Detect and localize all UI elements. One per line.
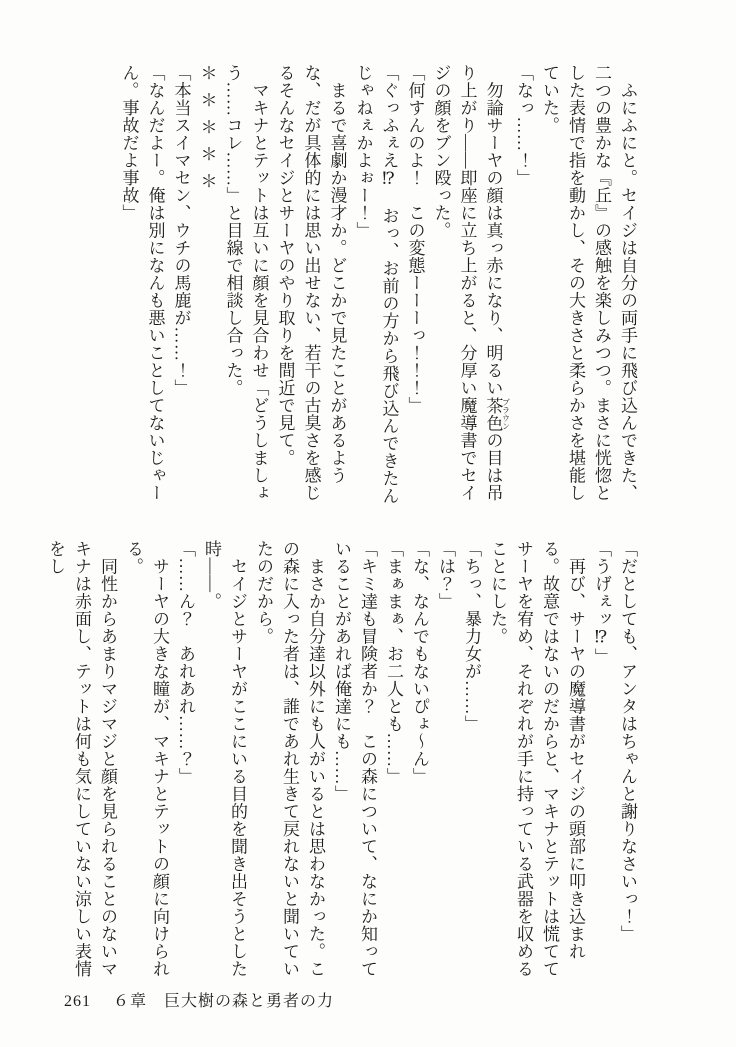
ruby-before-text: 勿論サーヤの顔は真っ赤になり、明るい	[484, 64, 503, 397]
dialogue-line: 「何すんのよ！ この変態ーーーっ！！！」	[402, 64, 428, 516]
page-number: 261	[64, 993, 91, 1010]
book-page: ふにふにと。セイジは自分の両手に飛び込んできた、二つの豊かな『丘』の感触を楽しみ…	[0, 0, 736, 1047]
dialogue-line: 「は？」	[432, 540, 458, 992]
narration-line: まさか自分達以外にも人がいるとは思わなかった。この森に入った者は、誰であれ生きて…	[250, 540, 328, 992]
dialogue-line: 「まぁまぁ、お二人とも……」	[380, 540, 406, 992]
dialogue-line: 「な、なんでもないぴょ～ん」	[406, 540, 432, 992]
dialogue-line: 「ちっ、暴力女が……」	[458, 540, 484, 992]
scene-break-separator: ＊＊＊＊＊	[194, 64, 220, 516]
page-footer: 261６章 巨大樹の森と勇者の力	[64, 988, 334, 1011]
narration-line: 同性からあまりマジマジと顔を見られることのないマキナは赤面し、テットは何も気にし…	[42, 540, 120, 992]
dialogue-line: 「キミ達も冒険者か？ この森について、なにか知っていることがあれば俺達にも……」	[328, 540, 380, 992]
ruby-brown-annotation: 茶色ブラウン	[484, 397, 503, 432]
dialogue-line: 「……ん？ あれあれ……？」	[172, 540, 198, 992]
ruby-base-text: 茶色	[484, 397, 503, 432]
narration-line: サーヤの大きな瞳が、マキナとテットの顔に向けられる。	[120, 540, 172, 992]
ruby-furigana-text: ブラウン	[502, 397, 511, 432]
narration-line: マキナとテットは互いに顔を見合わせ「どうしましょう……コレ……」と目線で相談し合…	[220, 64, 272, 516]
dialogue-line: 「本当スイマセン、ウチの馬鹿が……！」	[168, 64, 194, 516]
narration-line: 再び、サーヤの魔導書がセイジの頭部に叩き込まれる。故意ではないのだからと、マキナ…	[484, 540, 588, 992]
narration-line: まるで喜劇か漫才か。どこかで見たことがあるような、だが具体的には思い出せない、若…	[272, 64, 350, 516]
narration-line-with-ruby: 勿論サーヤの顔は真っ赤になり、明るい茶色ブラウンの目は吊り上がり――即座に立ち上…	[428, 64, 511, 516]
narration-line: ふにふにと。セイジは自分の両手に飛び込んできた、二つの豊かな『丘』の感触を楽しみ…	[536, 64, 640, 516]
dialogue-line: 「だとしても、アンタはちゃんと謝りなさいっ！」	[614, 540, 640, 992]
upper-text-block: ふにふにと。セイジは自分の両手に飛び込んできた、二つの豊かな『丘』の感触を楽しみ…	[62, 64, 640, 516]
chapter-title: ６章 巨大樹の森と勇者の力	[113, 993, 334, 1010]
dialogue-line: 「うげぇッ⁉」	[588, 540, 614, 992]
dialogue-line: 「なんだよー。俺は別になんも悪いことしてないじゃーん。事故だよ事故」	[116, 64, 168, 516]
narration-line: セイジとサーヤがここにいる目的を聞き出そうとした時――。	[198, 540, 250, 992]
lower-text-block: 「だとしても、アンタはちゃんと謝りなさいっ！」 「うげぇッ⁉」 再び、サーヤの魔…	[62, 540, 640, 992]
text-area: ふにふにと。セイジは自分の両手に飛び込んできた、二つの豊かな『丘』の感触を楽しみ…	[62, 64, 640, 992]
dialogue-line: 「なっ……！」	[510, 64, 536, 516]
dialogue-line: 「ぐっふぇえ⁉ おっ、お前の方から飛び込んできたんじゃねぇかよぉー！」	[350, 64, 402, 516]
